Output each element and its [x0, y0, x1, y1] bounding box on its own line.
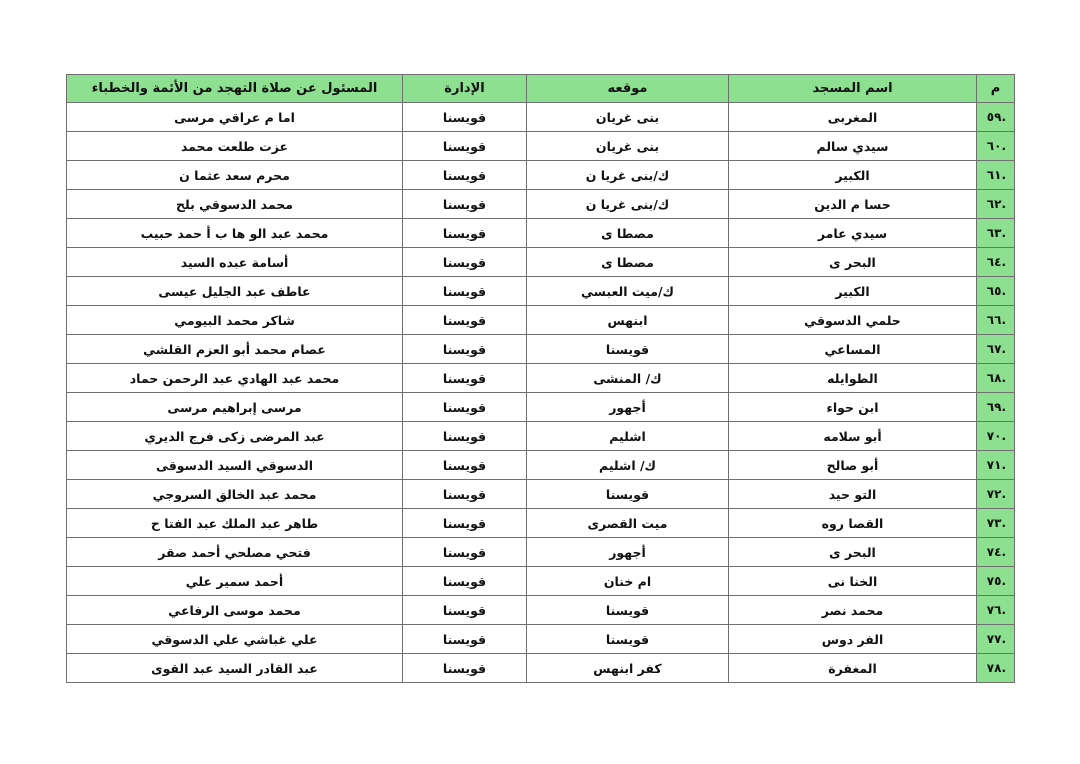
- location-cell: ام خنان: [527, 567, 729, 596]
- row-num-cell: .٦٦: [977, 306, 1015, 335]
- table-row: .٧٨المغفرةكفر ابنهسقويسناعبد القادر السي…: [67, 654, 1015, 683]
- row-num-cell: .٦٥: [977, 277, 1015, 306]
- location-cell: ميت القصرى: [527, 509, 729, 538]
- header-mosque-name: اسم المسجد: [729, 75, 977, 103]
- responsible-person-cell: فتحي مصلحي أحمد صقر: [67, 538, 403, 567]
- location-cell: ك/بنى غريا ن: [527, 161, 729, 190]
- responsible-person-cell: علي غباشي علي الدسوقي: [67, 625, 403, 654]
- row-num-cell: .٧٤: [977, 538, 1015, 567]
- administration-cell: قويسنا: [403, 451, 527, 480]
- mosque-name-cell: المساعي: [729, 335, 977, 364]
- administration-cell: قويسنا: [403, 480, 527, 509]
- administration-cell: قويسنا: [403, 161, 527, 190]
- table-row: .٦٨الطوايلهك/ المنشىقويسنامحمد عبد الهاد…: [67, 364, 1015, 393]
- location-cell: بنى غريان: [527, 103, 729, 132]
- responsible-person-cell: محمد موسى الرفاعي: [67, 596, 403, 625]
- table-row: .٦٩ابن حواءأجهورقويسنامرسى إبراهيم مرسى: [67, 393, 1015, 422]
- mosque-name-cell: أبو صالح: [729, 451, 977, 480]
- responsible-person-cell: أسامة عبده السيد: [67, 248, 403, 277]
- location-cell: بنى غريان: [527, 132, 729, 161]
- administration-cell: قويسنا: [403, 596, 527, 625]
- row-num-cell: .٦٨: [977, 364, 1015, 393]
- table-header-row: م اسم المسجد موقعه الإدارة المسئول عن صل…: [67, 75, 1015, 103]
- row-num-cell: .٦٧: [977, 335, 1015, 364]
- responsible-person-cell: أحمد سمير علي: [67, 567, 403, 596]
- table-row: .٦٥الكبيرك/ميت العبسيقويسناعاطف عبد الجل…: [67, 277, 1015, 306]
- administration-cell: قويسنا: [403, 393, 527, 422]
- mosque-name-cell: محمد نصر: [729, 596, 977, 625]
- location-cell: ك/بنى غريا ن: [527, 190, 729, 219]
- administration-cell: قويسنا: [403, 364, 527, 393]
- responsible-person-cell: محمد الدسوقي بلح: [67, 190, 403, 219]
- location-cell: قويسنا: [527, 625, 729, 654]
- mosque-name-cell: المغفرة: [729, 654, 977, 683]
- administration-cell: قويسنا: [403, 277, 527, 306]
- mosque-name-cell: حسا م الدين: [729, 190, 977, 219]
- table-row: .٦١الكبيرك/بنى غريا نقويسنامحرم سعد عثما…: [67, 161, 1015, 190]
- table-row: .٧١أبو صالحك/ اشليمقويسناالدسوقي السيد ا…: [67, 451, 1015, 480]
- administration-cell: قويسنا: [403, 248, 527, 277]
- header-responsible: المسئول عن صلاة التهجد من الأئمة والخطبا…: [67, 75, 403, 103]
- row-num-cell: .٧٣: [977, 509, 1015, 538]
- table-row: .٧٢التو حيدقويسناقويسنامحمد عبد الخالق ا…: [67, 480, 1015, 509]
- administration-cell: قويسنا: [403, 306, 527, 335]
- row-num-cell: .٦٠: [977, 132, 1015, 161]
- table-row: .٦٣سيدي عامرمصطا ىقويسنامحمد عبد الو ها …: [67, 219, 1015, 248]
- table-row: .٦٦حلمي الدسوقيابنهسقويسناشاكر محمد البي…: [67, 306, 1015, 335]
- responsible-person-cell: عبد المرضى زكى فرج الديري: [67, 422, 403, 451]
- table-row: .٦٠سيدي سالمبنى غريانقويسناعزت طلعت محمد: [67, 132, 1015, 161]
- mosque-tahajjud-table: م اسم المسجد موقعه الإدارة المسئول عن صل…: [66, 74, 1015, 683]
- responsible-person-cell: محرم سعد عثما ن: [67, 161, 403, 190]
- row-num-cell: .٧١: [977, 451, 1015, 480]
- header-administration: الإدارة: [403, 75, 527, 103]
- location-cell: قويسنا: [527, 480, 729, 509]
- mosque-name-cell: البحر ى: [729, 248, 977, 277]
- table-row: .٧٦محمد نصرقويسناقويسنامحمد موسى الرفاعي: [67, 596, 1015, 625]
- mosque-name-cell: التو حيد: [729, 480, 977, 509]
- administration-cell: قويسنا: [403, 422, 527, 451]
- row-num-cell: .٧٥: [977, 567, 1015, 596]
- mosque-name-cell: أبو سلامه: [729, 422, 977, 451]
- row-num-cell: .٧٠: [977, 422, 1015, 451]
- table-row: .٦٤البحر ىمصطا ىقويسناأسامة عبده السيد: [67, 248, 1015, 277]
- administration-cell: قويسنا: [403, 190, 527, 219]
- row-num-cell: .٦١: [977, 161, 1015, 190]
- mosque-name-cell: الكبير: [729, 277, 977, 306]
- row-num-cell: .٦٢: [977, 190, 1015, 219]
- table-row: .٧٣القصا روهميت القصرىقويسناطاهر عبد الم…: [67, 509, 1015, 538]
- location-cell: كفر ابنهس: [527, 654, 729, 683]
- mosque-name-cell: الكبير: [729, 161, 977, 190]
- administration-cell: قويسنا: [403, 335, 527, 364]
- mosque-name-cell: المغربى: [729, 103, 977, 132]
- mosque-name-cell: القصا روه: [729, 509, 977, 538]
- responsible-person-cell: مرسى إبراهيم مرسى: [67, 393, 403, 422]
- location-cell: أجهور: [527, 538, 729, 567]
- responsible-person-cell: طاهر عبد الملك عبد الفتا ح: [67, 509, 403, 538]
- responsible-person-cell: محمد عبد الخالق السروجي: [67, 480, 403, 509]
- administration-cell: قويسنا: [403, 132, 527, 161]
- table-row: .٧٤البحر ىأجهورقويسنافتحي مصلحي أحمد صقر: [67, 538, 1015, 567]
- responsible-person-cell: الدسوقي السيد الدسوقى: [67, 451, 403, 480]
- mosque-name-cell: سيدي عامر: [729, 219, 977, 248]
- location-cell: أجهور: [527, 393, 729, 422]
- responsible-person-cell: عبد القادر السيد عبد القوى: [67, 654, 403, 683]
- table-row: .٧٧الفر دوسقويسناقويسناعلي غباشي علي الد…: [67, 625, 1015, 654]
- responsible-person-cell: شاكر محمد البيومي: [67, 306, 403, 335]
- mosque-name-cell: ابن حواء: [729, 393, 977, 422]
- row-num-cell: .٦٣: [977, 219, 1015, 248]
- location-cell: مصطا ى: [527, 248, 729, 277]
- mosque-name-cell: الفر دوس: [729, 625, 977, 654]
- responsible-person-cell: عاطف عبد الجليل عيسى: [67, 277, 403, 306]
- location-cell: ك/ المنشى: [527, 364, 729, 393]
- row-num-cell: .٧٢: [977, 480, 1015, 509]
- location-cell: ك/ميت العبسي: [527, 277, 729, 306]
- table-row: .٦٧المساعيقويسناقويسناعصام محمد أبو العز…: [67, 335, 1015, 364]
- row-num-cell: .٦٤: [977, 248, 1015, 277]
- location-cell: قويسنا: [527, 335, 729, 364]
- administration-cell: قويسنا: [403, 103, 527, 132]
- header-num: م: [977, 75, 1015, 103]
- responsible-person-cell: محمد عبد الو ها ب أ حمد حبيب: [67, 219, 403, 248]
- responsible-person-cell: اما م عراقي مرسى: [67, 103, 403, 132]
- table-row: .٦٢حسا م الدينك/بنى غريا نقويسنامحمد الد…: [67, 190, 1015, 219]
- table-row: .٧٠أبو سلامهاشليمقويسناعبد المرضى زكى فر…: [67, 422, 1015, 451]
- mosque-name-cell: سيدي سالم: [729, 132, 977, 161]
- mosque-name-cell: البحر ى: [729, 538, 977, 567]
- location-cell: مصطا ى: [527, 219, 729, 248]
- administration-cell: قويسنا: [403, 567, 527, 596]
- row-num-cell: .٧٦: [977, 596, 1015, 625]
- location-cell: قويسنا: [527, 596, 729, 625]
- administration-cell: قويسنا: [403, 219, 527, 248]
- location-cell: اشليم: [527, 422, 729, 451]
- row-num-cell: .٥٩: [977, 103, 1015, 132]
- administration-cell: قويسنا: [403, 538, 527, 567]
- row-num-cell: .٧٨: [977, 654, 1015, 683]
- mosque-name-cell: حلمي الدسوقي: [729, 306, 977, 335]
- header-location: موقعه: [527, 75, 729, 103]
- table-body: .٥٩المغربىبنى غريانقويسنااما م عراقي مرس…: [67, 103, 1015, 683]
- responsible-person-cell: عزت طلعت محمد: [67, 132, 403, 161]
- row-num-cell: .٧٧: [977, 625, 1015, 654]
- responsible-person-cell: عصام محمد أبو العزم القلشي: [67, 335, 403, 364]
- administration-cell: قويسنا: [403, 625, 527, 654]
- responsible-person-cell: محمد عبد الهادي عبد الرحمن حماد: [67, 364, 403, 393]
- table-row: .٥٩المغربىبنى غريانقويسنااما م عراقي مرس…: [67, 103, 1015, 132]
- location-cell: ابنهس: [527, 306, 729, 335]
- administration-cell: قويسنا: [403, 509, 527, 538]
- mosque-name-cell: الطوايله: [729, 364, 977, 393]
- administration-cell: قويسنا: [403, 654, 527, 683]
- row-num-cell: .٦٩: [977, 393, 1015, 422]
- table-row: .٧٥الخنا نىام خنانقويسناأحمد سمير علي: [67, 567, 1015, 596]
- mosque-name-cell: الخنا نى: [729, 567, 977, 596]
- location-cell: ك/ اشليم: [527, 451, 729, 480]
